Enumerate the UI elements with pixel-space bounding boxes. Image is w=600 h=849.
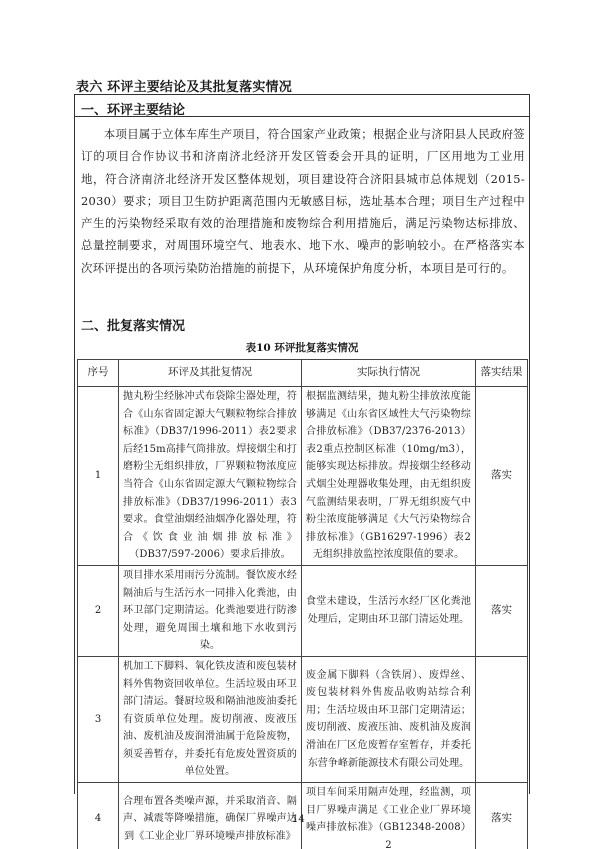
section-title-approval: 二、批复落实情况 <box>81 315 185 334</box>
actual-cell: 项目车间采用隔声处理，经监测，项目厂界噪声满足《工业企业厂界环境噪声排放标准》（… <box>302 783 476 849</box>
actual-cell: 食堂未建设，生活污水经厂区化粪池处理后，定期由环卫部门清运处理。 <box>302 565 476 656</box>
row-number: 1 <box>78 387 119 566</box>
column-header-actual: 实际执行情况 <box>302 360 476 387</box>
column-header-no: 序号 <box>78 360 119 387</box>
table-header-row: 序号 环评及其批复情况 实际执行情况 落实结果 <box>78 360 528 387</box>
table-row: 2 项目排水采用雨污分流制。餐饮废水经隔油后与生活污水一同排入化粪池，由环卫部门… <box>78 565 528 656</box>
result-cell: 落实 <box>476 387 528 566</box>
actual-cell: 根据监测结果，抛丸粉尘排放浓度能够满足《山东省区域性大气污染物综合排放标准》（D… <box>302 387 476 566</box>
conclusion-box: 一、环评主要结论 本项目属于立体车库生产项目，符合国家产业政策；根据企业与济阳县… <box>74 94 530 794</box>
approval-table: 序号 环评及其批复情况 实际执行情况 落实结果 1 抛丸粉尘经脉冲式布袋除尘器处… <box>77 359 528 849</box>
row-number: 2 <box>78 565 119 656</box>
conclusion-paragraph: 本项目属于立体车库生产项目，符合国家产业政策；根据企业与济阳县人民政府签订的项目… <box>81 123 525 279</box>
column-header-result: 落实结果 <box>476 360 528 387</box>
row-number: 4 <box>78 783 119 849</box>
requirement-cell: 项目排水采用雨污分流制。餐饮废水经隔油后与生活污水一同排入化粪池，由环卫部门定期… <box>119 565 302 656</box>
result-cell: 落实 <box>476 783 528 849</box>
page-heading: 表六 环评主要结论及其批复落实情况 <box>76 76 292 95</box>
table-caption: 表10 环评批复落实情况 <box>75 340 529 355</box>
page-number: 14 <box>292 814 305 825</box>
actual-cell: 废金属下脚料（含铁屑）、废焊丝、废包装材料外售废品收购站综合利用；生活垃圾由环卫… <box>302 656 476 782</box>
requirement-cell: 机加工下脚料、氧化铁皮渣和废包装材料外售物资回收单位。生活垃圾由环卫部门清运。餐… <box>119 656 302 782</box>
row-number: 3 <box>78 656 119 782</box>
divider <box>75 116 529 117</box>
table-row: 1 抛丸粉尘经脉冲式布袋除尘器处理，符合《山东省固定源大气颗粒物综合排放标准》（… <box>78 387 528 566</box>
requirement-cell: 抛丸粉尘经脉冲式布袋除尘器处理，符合《山东省固定源大气颗粒物综合排放标准》（DB… <box>119 387 302 566</box>
table-row: 3 机加工下脚料、氧化铁皮渣和废包装材料外售物资回收单位。生活垃圾由环卫部门清运… <box>78 656 528 782</box>
result-cell <box>476 656 528 782</box>
column-header-requirement: 环评及其批复情况 <box>119 360 302 387</box>
result-cell: 落实 <box>476 565 528 656</box>
requirement-cell: 合理布置各类噪声源，并采取消音、隔声、减震等降噪措施，确保厂界噪声达到《工业企业… <box>119 783 302 849</box>
